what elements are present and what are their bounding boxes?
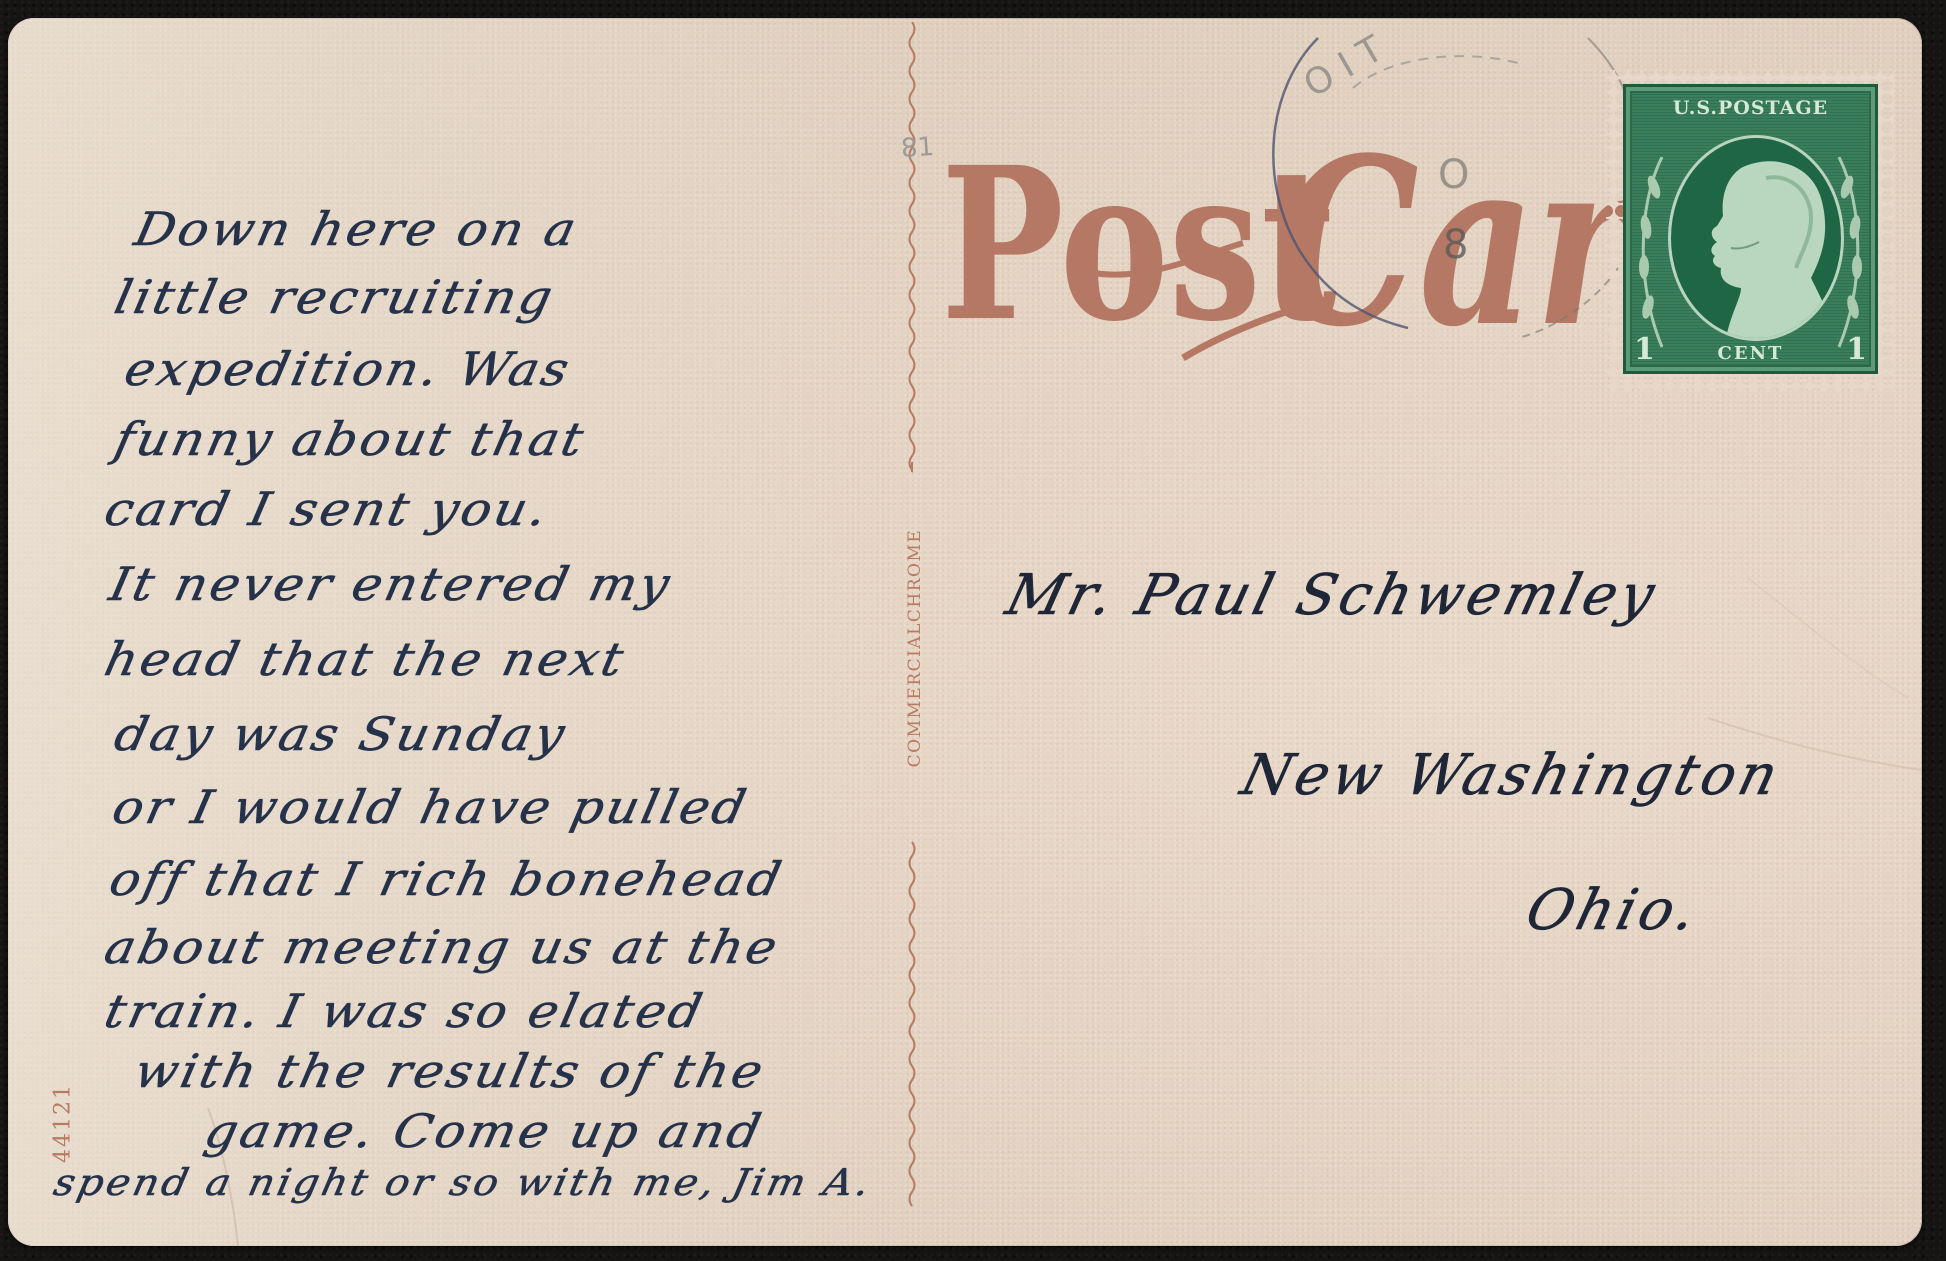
message-line: expedition. Was bbox=[120, 343, 576, 396]
message-line: little recruiting bbox=[110, 271, 560, 324]
message-line: or I would have pulled bbox=[108, 781, 753, 834]
stamp-denomination: 1 CENT 1 bbox=[1634, 335, 1867, 365]
washington-portrait-icon bbox=[1671, 138, 1841, 338]
address-state: Ohio. bbox=[1520, 878, 1707, 943]
message-line: about meeting us at the bbox=[100, 921, 785, 974]
message-line: off that I rich bonehead bbox=[105, 853, 789, 906]
message-line: with the results of the bbox=[130, 1045, 770, 1098]
postage-stamp-one-cent: U.S.POSTAGE bbox=[1606, 70, 1894, 392]
message-line: card I sent you. bbox=[100, 483, 554, 536]
address-city: New Washington bbox=[1235, 743, 1788, 808]
message-line: Down here on a bbox=[130, 203, 584, 256]
stamp-face: U.S.POSTAGE bbox=[1623, 84, 1878, 374]
message-line: train. I was so elated bbox=[100, 985, 710, 1038]
divider-imprint-text: COMMERCIALCHROME bbox=[903, 453, 927, 843]
message-line: head that the next bbox=[100, 633, 631, 686]
washington-portrait-oval bbox=[1668, 135, 1844, 341]
laurel-left-icon bbox=[1632, 157, 1672, 357]
message-line: It never entered my bbox=[105, 558, 677, 611]
stamp-header-text: U.S.POSTAGE bbox=[1626, 97, 1875, 119]
pencil-mark: 81 bbox=[900, 132, 935, 164]
address-recipient-name: Mr. Paul Schwemley bbox=[1000, 563, 1665, 628]
message-line: day was Sunday bbox=[110, 708, 572, 761]
message-line: game. Come up and bbox=[200, 1105, 768, 1158]
postcard-back: COMMERCIALCHROME 81 Post Card O I T O 8 … bbox=[8, 18, 1922, 1246]
post-card-title: Post Card bbox=[933, 58, 1553, 378]
message-line: funny about that bbox=[110, 413, 591, 466]
message-signature-line: spend a night or so with me, Jim A. bbox=[50, 1162, 876, 1204]
